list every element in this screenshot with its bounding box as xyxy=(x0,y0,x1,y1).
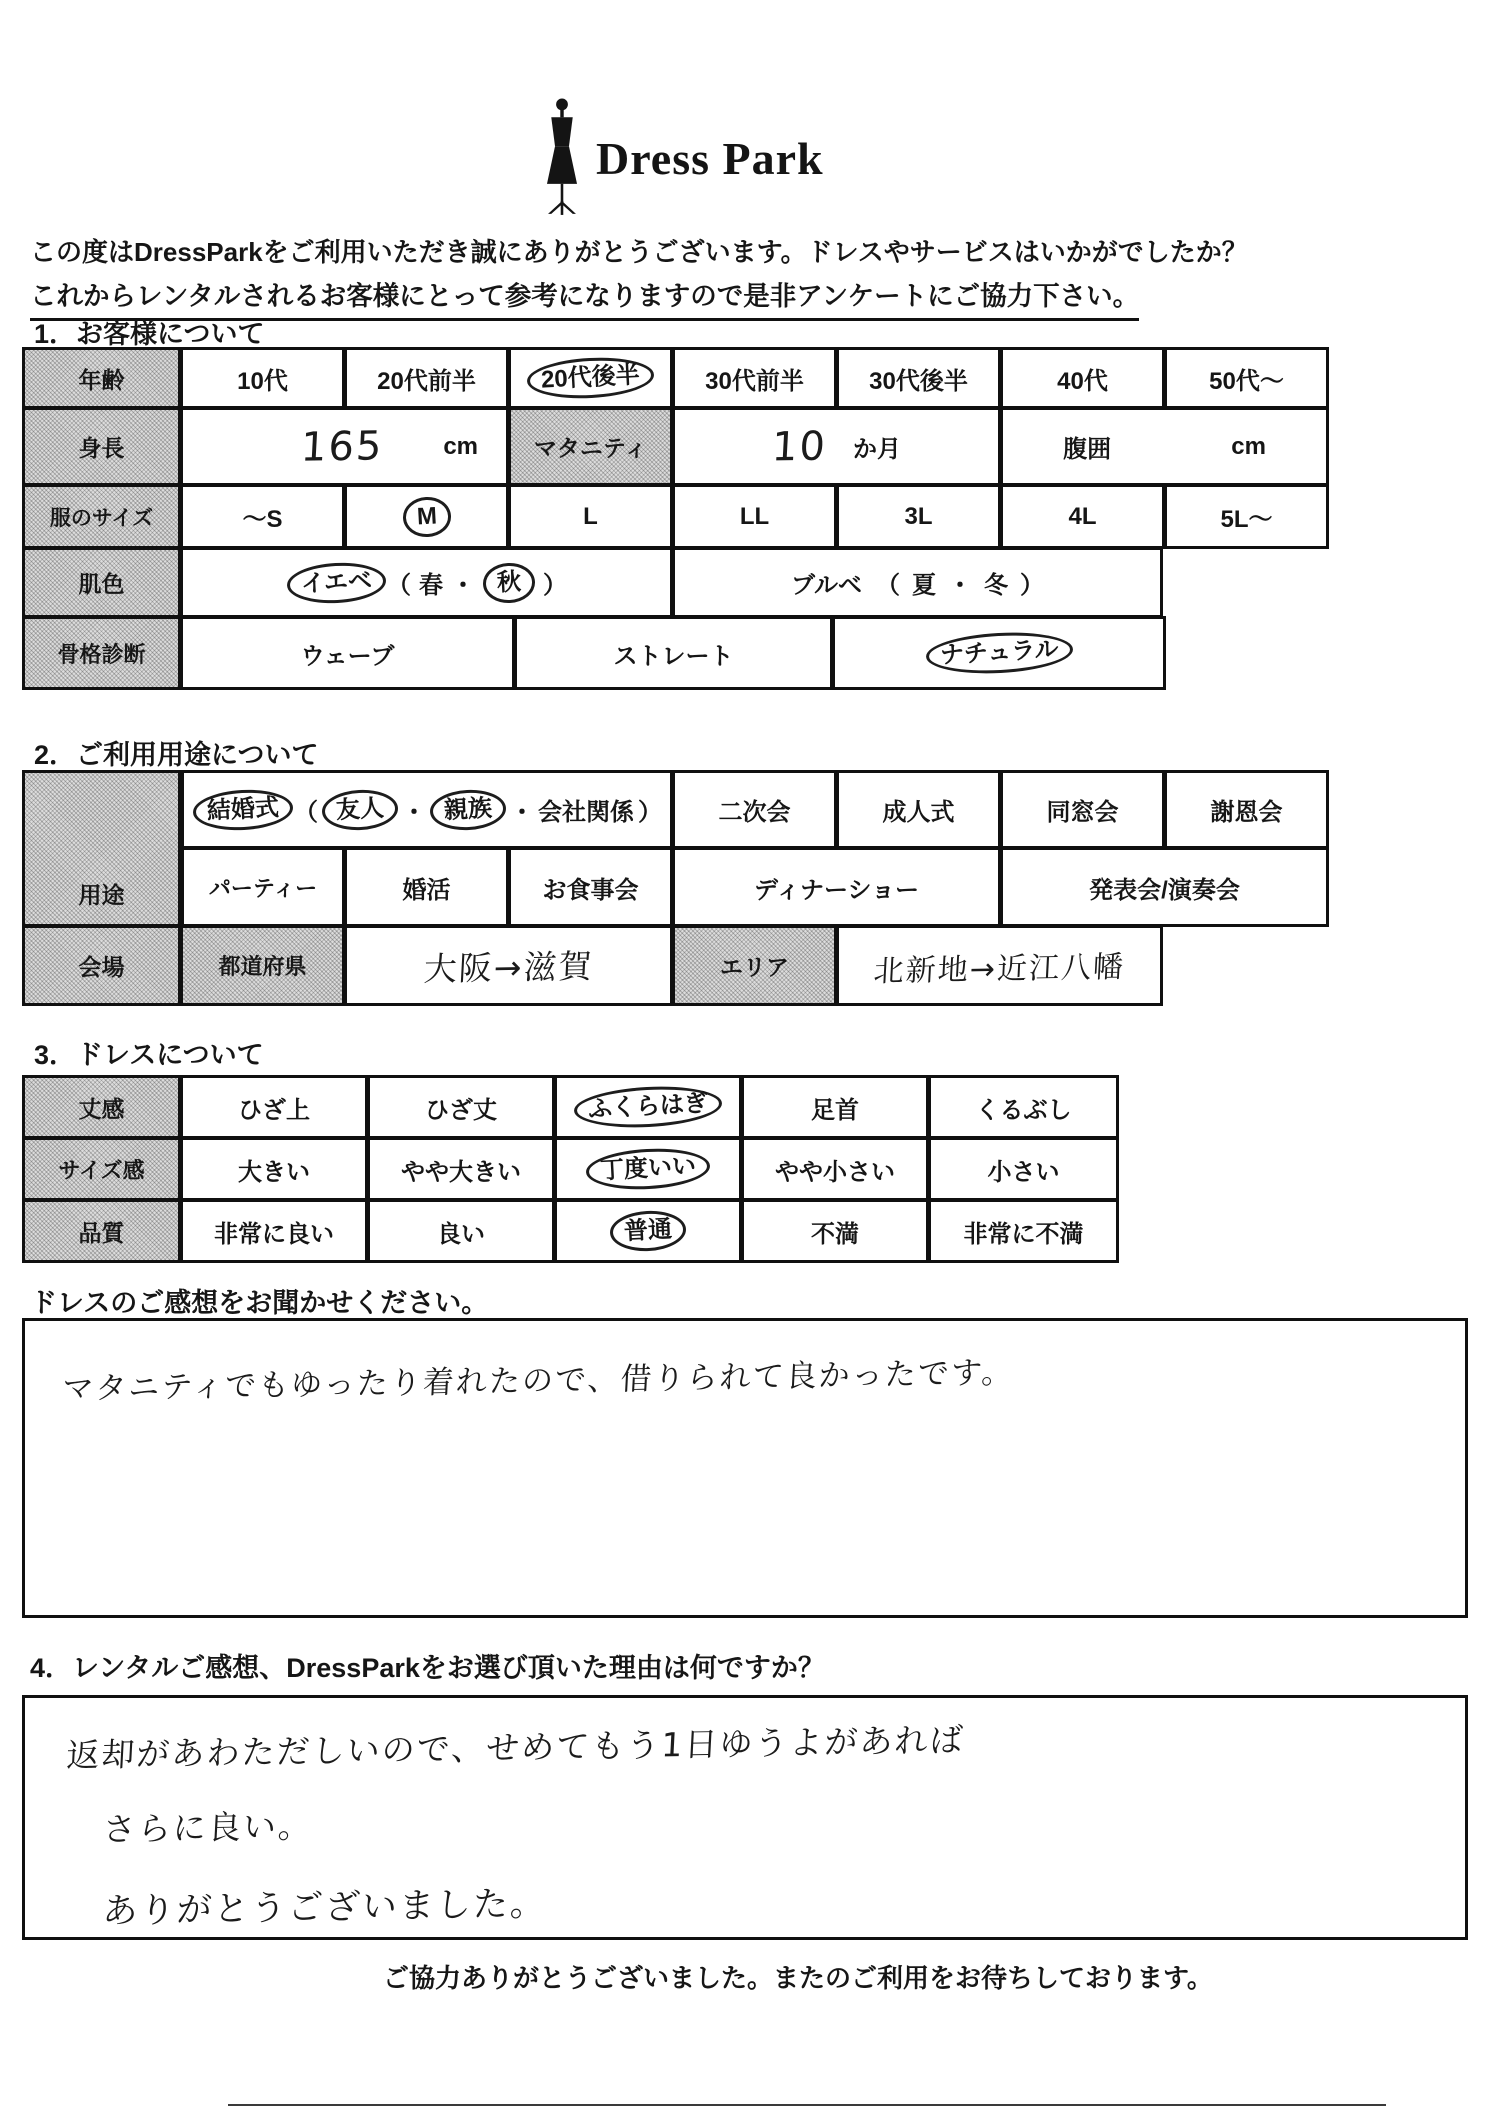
age-option-cell: 30代前半 xyxy=(673,347,837,409)
size-fit-row: サイズ感 大きい やや大きい 丁度いい やや小さい 小さい xyxy=(22,1137,1119,1201)
quality-option-cell: 良い xyxy=(368,1199,555,1263)
height-row-header: 身長 xyxy=(22,407,181,486)
yellow-base-cell: イエベ （ 春 ・ 秋 ） xyxy=(181,547,673,618)
fit-header: サイズ感 xyxy=(22,1137,181,1201)
footer-thanks: ご協力ありがとうございました。またのご利用をお待ちしております。 xyxy=(383,1958,1213,1995)
separator-dot: ・ xyxy=(948,565,972,600)
section2-title: 2．ご利用用途について xyxy=(34,733,318,772)
prefecture-value-cell: 大阪→滋賀 xyxy=(345,925,673,1006)
venue-header: 会場 xyxy=(22,925,181,1006)
paren-open: （ xyxy=(294,792,318,827)
length-option-cell: ひざ上 xyxy=(181,1075,368,1139)
paren-open: （ xyxy=(876,565,900,600)
separator-dot: ・ xyxy=(402,792,426,827)
size-option-cell: M xyxy=(345,484,509,549)
purpose-option-cell: 成人式 xyxy=(837,770,1001,849)
size-option-cell: LL xyxy=(673,484,837,549)
skeleton-row: 骨格診断 ウェーブ ストレート ナチュラル xyxy=(22,616,1166,690)
quality-row: 品質 非常に良い 良い 普通 不満 非常に不満 xyxy=(22,1199,1119,1263)
fit-option-cell: 丁度いい xyxy=(555,1137,742,1201)
quality-option-cell: 非常に良い xyxy=(181,1199,368,1263)
clothing-size-row: 服のサイズ ～S M L LL 3L 4L 5L～ xyxy=(22,484,1329,549)
paren-close: ） xyxy=(638,792,662,827)
rental-feedback-line-2: さらに良い。 xyxy=(102,1800,315,1851)
length-option-cell: ふくらはぎ xyxy=(555,1075,742,1139)
waist-cell: 腹囲 cm xyxy=(1001,407,1329,486)
area-handwritten: 北新地→近江八幡 xyxy=(873,941,1127,989)
section1-title: 1．お客様について xyxy=(34,312,264,351)
height-value-handwritten: 165 xyxy=(300,423,385,470)
maternity-value-cell: 10 か月 xyxy=(673,407,1001,486)
age-option-cell: 30代後半 xyxy=(837,347,1001,409)
skeleton-header: 骨格診断 xyxy=(22,616,181,690)
purpose-row-2: パーティー 婚活 お食事会 ディナーショー 発表会/演奏会 xyxy=(181,847,1329,927)
dress-feedback-prompt: ドレスのご感想をお聞かせください。 xyxy=(30,1281,488,1320)
skin-tone-header: 肌色 xyxy=(22,547,181,618)
intro-line-1: この度はDressParkをご利用いただき誠にありがとうございます。ドレスやサー… xyxy=(30,232,1248,269)
area-value-cell: 北新地→近江八幡 xyxy=(837,925,1163,1006)
prefecture-header: 都道府県 xyxy=(181,925,345,1006)
paren-open: （ xyxy=(387,565,411,600)
size-option-cell: 5L～ xyxy=(1165,484,1329,549)
waist-label: 腹囲 xyxy=(1063,429,1111,464)
blue-base-cell: ブルベ （ 夏 ・ 冬 ） xyxy=(673,547,1163,618)
height-value-cell: 165 cm xyxy=(181,407,509,486)
maternity-header: マタニティ xyxy=(509,407,673,486)
purpose-option-cell: 同窓会 xyxy=(1001,770,1165,849)
size-option-cell: L xyxy=(509,484,673,549)
age-option-cell: 10代 xyxy=(181,347,345,409)
fit-option-cell: やや小さい xyxy=(742,1137,929,1201)
clothing-size-header: 服のサイズ xyxy=(22,484,181,549)
section4-title: 4．レンタルご感想、DressParkをお選び頂いた理由は何ですか？ xyxy=(30,1646,825,1685)
prefecture-handwritten: 大阪→滋賀 xyxy=(422,941,594,991)
purpose-option-cell: 発表会/演奏会 xyxy=(1001,847,1329,927)
paren-close: ） xyxy=(543,565,567,600)
brand-name: Dress Park xyxy=(596,132,824,185)
rental-feedback-line-3: ありがとうございました。 xyxy=(101,1876,548,1934)
age-row: 年齢 10代 20代前半 20代後半 30代前半 30代後半 40代 50代～ xyxy=(22,347,1329,409)
logo xyxy=(540,98,584,221)
scan-artifact-line xyxy=(228,2104,1386,2106)
purpose-row-1: 結婚式 （ 友人 ・ 親族 ・ 会社関係 ） 二次会 成人式 同窓会 謝恩会 xyxy=(181,770,1329,849)
skeleton-option-cell: ストレート xyxy=(515,616,833,690)
fit-option-cell: 大きい xyxy=(181,1137,368,1201)
length-option-cell: 足首 xyxy=(742,1075,929,1139)
section3-title: 3．ドレスについて xyxy=(34,1033,264,1072)
size-option-cell: ～S xyxy=(181,484,345,549)
age-option-cell: 40代 xyxy=(1001,347,1165,409)
dress-feedback-box: マタニティでもゆったり着れたので、借りられて良かったです。 xyxy=(22,1318,1468,1618)
purpose-option-cell: お食事会 xyxy=(509,847,673,927)
purpose-option-cell: 謝恩会 xyxy=(1165,770,1329,849)
age-row-header: 年齢 xyxy=(22,347,181,409)
dress-mannequin-icon xyxy=(540,98,584,216)
age-option-cell: 20代後半 xyxy=(509,347,673,409)
height-row: 身長 165 cm マタニティ 10 か月 腹囲 cm xyxy=(22,407,1329,486)
separator-dot: ・ xyxy=(451,565,475,600)
separator-dot: ・ xyxy=(510,792,534,827)
quality-option-cell: 普通 xyxy=(555,1199,742,1263)
size-option-cell: 4L xyxy=(1001,484,1165,549)
venue-row: 会場 都道府県 大阪→滋賀 エリア 北新地→近江八幡 xyxy=(22,925,1163,1006)
paren-close: ） xyxy=(1020,565,1044,600)
quality-header: 品質 xyxy=(22,1199,181,1263)
height-unit: cm xyxy=(443,433,478,461)
length-header: 丈感 xyxy=(22,1075,181,1139)
length-option-cell: ひざ丈 xyxy=(368,1075,555,1139)
rental-feedback-box: 返却があわただしいので、せめてもう1日ゆうよがあれば さらに良い。 ありがとうご… xyxy=(22,1695,1468,1940)
maternity-unit: か月 xyxy=(853,429,901,464)
purpose-option-cell: 二次会 xyxy=(673,770,837,849)
purpose-option-cell: ディナーショー xyxy=(673,847,1001,927)
purpose-header: 用途 xyxy=(22,770,181,927)
maternity-months-handwritten: 10 xyxy=(771,423,828,470)
quality-option-cell: 非常に不満 xyxy=(929,1199,1119,1263)
area-header: エリア xyxy=(673,925,837,1006)
skeleton-option-cell: ナチュラル xyxy=(833,616,1166,690)
quality-option-cell: 不満 xyxy=(742,1199,929,1263)
fit-option-cell: 小さい xyxy=(929,1137,1119,1201)
age-option-cell: 50代～ xyxy=(1165,347,1329,409)
size-option-cell: 3L xyxy=(837,484,1001,549)
dress-feedback-handwritten: マタニティでもゆったり着れたので、借りられて良かったです。 xyxy=(61,1347,1015,1409)
skeleton-option-cell: ウェーブ xyxy=(181,616,515,690)
age-option-cell: 20代前半 xyxy=(345,347,509,409)
wedding-cell: 結婚式 （ 友人 ・ 親族 ・ 会社関係 ） xyxy=(181,770,673,849)
fit-option-cell: やや大きい xyxy=(368,1137,555,1201)
purpose-option-cell: 婚活 xyxy=(345,847,509,927)
purpose-option-cell: パーティー xyxy=(181,847,345,927)
skin-tone-row: 肌色 イエベ （ 春 ・ 秋 ） ブルベ （ 夏 ・ 冬 ） xyxy=(22,547,1163,618)
waist-unit: cm xyxy=(1231,433,1266,461)
dress-length-row: 丈感 ひざ上 ひざ丈 ふくらはぎ 足首 くるぶし xyxy=(22,1075,1119,1139)
rental-feedback-line-1: 返却があわただしいので、せめてもう1日ゆうよがあれば xyxy=(65,1714,966,1777)
questionnaire-page: Dress Park この度はDressParkをご利用いただき誠にありがとうご… xyxy=(0,0,1500,2127)
length-option-cell: くるぶし xyxy=(929,1075,1119,1139)
